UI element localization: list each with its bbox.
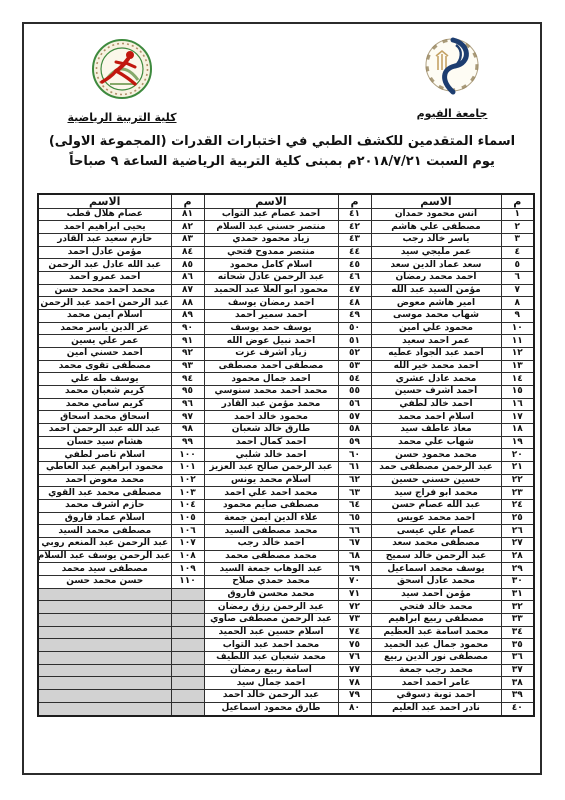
cell-number: ٨ (501, 297, 534, 310)
cell-number: ٥٦ (338, 398, 371, 411)
cell-number: ١٦ (501, 398, 534, 411)
cell-number: ٨٩ (171, 309, 204, 322)
cell-number: ١٠٣ (171, 487, 204, 500)
cell-number: ١٠٦ (171, 525, 204, 538)
cell-number: ٧٦ (338, 652, 371, 665)
cell-number: ٥ (501, 259, 534, 272)
cell-number-empty (171, 588, 204, 601)
cell-number: ٧٧ (338, 664, 371, 677)
cell-name: نادر احمد عبد العليم (371, 702, 501, 716)
cell-name: محمد مصطفى محمد (204, 550, 338, 563)
cell-number: ١٥ (501, 385, 534, 398)
cell-number: ١٤ (501, 373, 534, 386)
cell-number-empty (171, 614, 204, 627)
cell-name: احمد جمال سيد (204, 677, 338, 690)
cell-name: محمد محسن فاروق (204, 588, 338, 601)
cell-name: احمد عبد الجواد عطيه (371, 347, 501, 360)
cell-number: ١٠٩ (171, 563, 204, 576)
cell-number-empty (171, 702, 204, 716)
cell-name: عبد الرحمن رزق رمضان (204, 601, 338, 614)
cell-name: عبد الله عادل عبد الرحمن (38, 259, 171, 272)
cell-number: ٥٢ (338, 347, 371, 360)
cell-name: اسلام احمد محمد (371, 411, 501, 424)
cell-number: ٩٥ (171, 385, 204, 398)
cell-name: علاء الدين ايمن جمعة (204, 512, 338, 525)
cell-number: ٣ (501, 233, 534, 246)
cell-number: ١٠٠ (171, 449, 204, 462)
cell-number: ٧ (501, 284, 534, 297)
cell-name: طارق محمود اسماعيل (204, 702, 338, 716)
cell-number: ٢٨ (501, 550, 534, 563)
cell-number: ١٨ (501, 423, 534, 436)
cell-name: عبد الله عبد الرحمن احمد (38, 423, 171, 436)
cell-name-empty (38, 588, 171, 601)
cell-number: ٤٩ (338, 309, 371, 322)
cell-name: مؤمن عادل احمد (38, 246, 171, 259)
cell-name: يوسف طه علي (38, 373, 171, 386)
cell-number: ٤٥ (338, 259, 371, 272)
cell-number: ٢٧ (501, 537, 534, 550)
cell-name: اسلام ايمن محمد (38, 309, 171, 322)
cell-name: محمد شعبان عبد اللطيف (204, 652, 338, 665)
cell-number: ٥٩ (338, 436, 371, 449)
cell-name: كريم سامي محمد (38, 398, 171, 411)
cell-name: عبد الرحمن يوسف عبد السلام (38, 550, 171, 563)
cell-name: احمد محمد عويس (371, 512, 501, 525)
cell-name: احمد محمد رمضان (371, 271, 501, 284)
university-logo-caption: جامعة الفيوم (417, 107, 488, 120)
cell-name: محمد محمود حسن (371, 449, 501, 462)
cell-number: ٣٩ (501, 690, 534, 703)
cell-name: مصطفى سيد محمد (38, 563, 171, 576)
cell-name: عصام هلال قطب (38, 208, 171, 221)
document-title: اسماء المتقدمين للكشف الطبي في اختبارات … (34, 132, 530, 172)
cell-number: ٦٠ (338, 449, 371, 462)
cell-number: ٥٥ (338, 385, 371, 398)
cell-name-empty (38, 664, 171, 677)
cell-number: ١٠٢ (171, 474, 204, 487)
cell-number: ٨٥ (171, 259, 204, 272)
cell-name: مصطفى نور الدين ربيع (371, 652, 501, 665)
cell-name: محمد ابو فراج سيد (371, 487, 501, 500)
cell-name-empty (38, 614, 171, 627)
cell-name: طارق خالد شعبان (204, 423, 338, 436)
cell-number: ٣٨ (501, 677, 534, 690)
cell-number: ٥١ (338, 335, 371, 348)
cell-name: احمد جمال محمود (204, 373, 338, 386)
cell-number: ٦٥ (338, 512, 371, 525)
cell-name: اسحاق محمد اسحاق (38, 411, 171, 424)
cell-name: اسلام كامل محمود (204, 259, 338, 272)
cell-name: هشام سيد حسان (38, 436, 171, 449)
cell-number: ٧٨ (338, 677, 371, 690)
cell-name: كريم شعبان محمد (38, 385, 171, 398)
cell-number: ٧١ (338, 588, 371, 601)
cell-number: ٨٠ (338, 702, 371, 716)
cell-number: ٤٦ (338, 271, 371, 284)
cell-name: محمد احمد محمد سنوسي (204, 385, 338, 398)
cell-number: ٥٧ (338, 411, 371, 424)
cell-number: ٧٤ (338, 626, 371, 639)
cell-name: منتصر حسني عبد السلام (204, 221, 338, 234)
cell-number: ٣١ (501, 588, 534, 601)
cell-name: منتصر ممدوح فتحي (204, 246, 338, 259)
cell-number: ١٠٥ (171, 512, 204, 525)
cell-number: ٢١ (501, 461, 534, 474)
cell-name: محمد اسامة عبد العظيم (371, 626, 501, 639)
cell-name-empty (38, 626, 171, 639)
cell-name: يحيى ابراهيم احمد (38, 221, 171, 234)
cell-number: ٣٠ (501, 575, 534, 588)
cell-number-empty (171, 652, 204, 665)
cell-number: ٣٧ (501, 664, 534, 677)
cell-name: احمد عمرو احمد (38, 271, 171, 284)
col-header-name: الاسم (371, 194, 501, 208)
cell-number: ٢٤ (501, 499, 534, 512)
cell-name: عبد الله عصام حسن (371, 499, 501, 512)
faculty-logo-caption: كلية التربية الرياضية (67, 111, 176, 124)
cell-number-empty (171, 626, 204, 639)
cell-name: مصطفى محمد السيد (38, 525, 171, 538)
cell-name: اسلام عماد فاروق (38, 512, 171, 525)
cell-name: احمد نبيل عوض الله (204, 335, 338, 348)
cell-name: محمد حمدي صلاح (204, 575, 338, 588)
cell-name-empty (38, 690, 171, 703)
roster-table-head: مالاسممالاسممالاسم (38, 194, 534, 208)
cell-number: ٨٤ (171, 246, 204, 259)
cell-name: محمود خالد احمد (204, 411, 338, 424)
cell-name: عامر احمد احمد (371, 677, 501, 690)
cell-name: ياسر خالد رجب (371, 233, 501, 246)
col-header-name: الاسم (204, 194, 338, 208)
cell-name: معاذ عاطف سيد (371, 423, 501, 436)
cell-number: ١٢ (501, 347, 534, 360)
cell-name: عمر علي يسين (38, 335, 171, 348)
cell-number: ٧٠ (338, 575, 371, 588)
cell-name: مصطفى صايم محمود (204, 499, 338, 512)
cell-name: محمد احمد علي احمد (204, 487, 338, 500)
cell-number: ٨٨ (171, 297, 204, 310)
cell-number: ١٣ (501, 360, 534, 373)
cell-number: ٤٧ (338, 284, 371, 297)
cell-number: ٨٧ (171, 284, 204, 297)
col-header-name: الاسم (38, 194, 171, 208)
cell-number-empty (171, 664, 204, 677)
cell-number: ٩٤ (171, 373, 204, 386)
cell-number: ٩٢ (171, 347, 204, 360)
cell-name: اسلام محمد يونس (204, 474, 338, 487)
cell-name: مصطفى محمد سعد (371, 537, 501, 550)
cell-name-empty (38, 601, 171, 614)
cell-number: ٦ (501, 271, 534, 284)
cell-name: احمد عصام عبد التواب (204, 208, 338, 221)
cell-number: ٨٢ (171, 221, 204, 234)
cell-name: عبد الرحمن مصطفى حمد (371, 461, 501, 474)
cell-number: ٨٦ (171, 271, 204, 284)
cell-number: ٢٣ (501, 487, 534, 500)
cell-number: ٢٥ (501, 512, 534, 525)
cell-number: ٥٣ (338, 360, 371, 373)
cell-number: ٣٢ (501, 601, 534, 614)
cell-number: ٤٢ (338, 221, 371, 234)
cell-number: ٩٠ (171, 322, 204, 335)
cell-number: ٦٨ (338, 550, 371, 563)
cell-name: محمد احمد عبد التواب (204, 639, 338, 652)
col-header-num: م (171, 194, 204, 208)
cell-number: ٤ (501, 246, 534, 259)
cell-number: ١١٠ (171, 575, 204, 588)
cell-name: عبد الوهاب جمعة السيد (204, 563, 338, 576)
university-logo-block: جامعة الفيوم (407, 36, 497, 121)
cell-name: احمد اشرف حسين (371, 385, 501, 398)
cell-number: ٢٩ (501, 563, 534, 576)
cell-name: احمد كمال احمد (204, 436, 338, 449)
cell-name: عصام علي عيسى (371, 525, 501, 538)
cell-number: ١٠٧ (171, 537, 204, 550)
cell-number: ٩٩ (171, 436, 204, 449)
cell-name: احمد محمد خير الله (371, 360, 501, 373)
faculty-logo-block: كلية التربية الرياضية (62, 38, 182, 125)
cell-name: محمود جمال عبد الحميد (371, 639, 501, 652)
cell-name: مصطفى ربيع ابراهيم (371, 614, 501, 627)
cell-number-empty (171, 690, 204, 703)
cell-name: حسن محمد حسن (38, 575, 171, 588)
cell-number: ٩٣ (171, 360, 204, 373)
cell-name-empty (38, 639, 171, 652)
cell-name: شهاب علي محمد (371, 436, 501, 449)
cell-number: ٤٤ (338, 246, 371, 259)
cell-name: امير هاشم معوض (371, 297, 501, 310)
cell-name: مؤمن احمد سيد (371, 588, 501, 601)
cell-name: محمد معوض احمد (38, 474, 171, 487)
page-frame: كلية التربية الرياضية جامعة الفيوم اسماء… (22, 22, 542, 775)
cell-number: ٣٤ (501, 626, 534, 639)
cell-name: عمر احمد سعيد (371, 335, 501, 348)
university-waterwheel-icon (422, 36, 482, 98)
cell-name: احمد خالد شلبي (204, 449, 338, 462)
cell-name: مؤمن السيد عبد الله (371, 284, 501, 297)
cell-name: حازم اشرف محمد (38, 499, 171, 512)
cell-number: ٥٤ (338, 373, 371, 386)
cell-name: احمد سمير احمد (204, 309, 338, 322)
cell-name: محمود ابراهيم عبد العاطي (38, 461, 171, 474)
cell-name: عبد الرحمن عبد المنعم روبي (38, 537, 171, 550)
cell-number: ٩٧ (171, 411, 204, 424)
cell-name: عبد الرحمن خالد سميح (371, 550, 501, 563)
cell-number: ٩٦ (171, 398, 204, 411)
cell-name: زياد اشرف عزت (204, 347, 338, 360)
cell-name: اسلام ناصر لطفي (38, 449, 171, 462)
cell-number: ١٧ (501, 411, 534, 424)
cell-number: ٧٢ (338, 601, 371, 614)
cell-name: محمد رجب جمعة (371, 664, 501, 677)
cell-number: ٤٣ (338, 233, 371, 246)
cell-number: ١٠١ (171, 461, 204, 474)
cell-name: احمد خالد لطفي (371, 398, 501, 411)
cell-name: مصطفى علي هاشم (371, 221, 501, 234)
cell-number: ٤١ (338, 208, 371, 221)
cell-name: احمد حسني امين (38, 347, 171, 360)
title-line-2: يوم السبت ٢٠١٨/٧/٢١م بمبنى كلية التربية … (34, 152, 530, 172)
cell-name: حازم سعيد عبد القادر (38, 233, 171, 246)
cell-number: ٩٨ (171, 423, 204, 436)
cell-number: ٢٠ (501, 449, 534, 462)
cell-number: ٤٠ (501, 702, 534, 716)
roster-table: مالاسممالاسممالاسم ١انس محمود حمدان٤١احم… (37, 193, 535, 717)
cell-name: مصطفى تقوى محمد (38, 360, 171, 373)
cell-number: ٢٢ (501, 474, 534, 487)
cell-name: سعد عماد الدين سعد (371, 259, 501, 272)
cell-number: ١٠٤ (171, 499, 204, 512)
cell-number: ٨١ (171, 208, 204, 221)
cell-number: ٩١ (171, 335, 204, 348)
cell-number: ٨٣ (171, 233, 204, 246)
cell-name: انس محمود حمدان (371, 208, 501, 221)
cell-number: ٦٦ (338, 525, 371, 538)
cell-number: ١٩ (501, 436, 534, 449)
cell-number: ٦٢ (338, 474, 371, 487)
cell-name: زياد محمود حمدي (204, 233, 338, 246)
cell-name-empty (38, 677, 171, 690)
cell-name: محمد مؤمن عبد القادر (204, 398, 338, 411)
cell-number: ١١ (501, 335, 534, 348)
cell-name: حسين حسني حسين (371, 474, 501, 487)
cell-number-empty (171, 601, 204, 614)
cell-name: عبد الرحمن احمد عبد الرحمن (38, 297, 171, 310)
cell-number: ٥٨ (338, 423, 371, 436)
cell-name: محمد عادل اسحق (371, 575, 501, 588)
cell-name: محمد احمد محمد حسن (38, 284, 171, 297)
cell-number: ٦١ (338, 461, 371, 474)
cell-number: ٥٠ (338, 322, 371, 335)
cell-number: ٦٣ (338, 487, 371, 500)
cell-name: احمد توبة دسوقي (371, 690, 501, 703)
cell-number: ٧٣ (338, 614, 371, 627)
cell-name: عبد الرحمن خالد احمد (204, 690, 338, 703)
cell-number: ٤٨ (338, 297, 371, 310)
cell-number: ٦٩ (338, 563, 371, 576)
cell-number: ٣٣ (501, 614, 534, 627)
cell-number: ٦٧ (338, 537, 371, 550)
cell-name: محمود ابو العلا عبد الحميد (204, 284, 338, 297)
cell-number: ٦٤ (338, 499, 371, 512)
title-line-1: اسماء المتقدمين للكشف الطبي في اختبارات … (34, 132, 530, 152)
cell-name: عبد الرحمن عادل شحاته (204, 271, 338, 284)
cell-name: احمد رمضان يوسف (204, 297, 338, 310)
cell-name: اسامة ربيع رمضان (204, 664, 338, 677)
cell-name: اسلام حسين عبد الحميد (204, 626, 338, 639)
cell-name-empty (38, 702, 171, 716)
cell-name: مصطفى احمد مصطفى (204, 360, 338, 373)
cell-number: ٢ (501, 221, 534, 234)
cell-number: ٩ (501, 309, 534, 322)
cell-name: محمد مصطفى السيد (204, 525, 338, 538)
cell-number: ٣٦ (501, 652, 534, 665)
cell-name: محمود علي امين (371, 322, 501, 335)
cell-name: احمد خالد رجب (204, 537, 338, 550)
cell-name: عمر مليجي سيد (371, 246, 501, 259)
roster-table-body: ١انس محمود حمدان٤١احمد عصام عبد التواب٨١… (38, 208, 534, 716)
cell-number: ١٠ (501, 322, 534, 335)
cell-name: محمد خالد فتحي (371, 601, 501, 614)
cell-number: ٧٩ (338, 690, 371, 703)
cell-name: شهاب محمد موسى (371, 309, 501, 322)
cell-number: ٧٥ (338, 639, 371, 652)
cell-name: يوسف حمد يوسف (204, 322, 338, 335)
cell-name: محمد عادل عشري (371, 373, 501, 386)
cell-name: عز الدين ياسر محمد (38, 322, 171, 335)
cell-number: ٢٦ (501, 525, 534, 538)
col-header-num: م (501, 194, 534, 208)
cell-name: يوسف محمد اسماعيل (371, 563, 501, 576)
cell-name: عبد الرحمن صالح عبد العزيز (204, 461, 338, 474)
faculty-seal-runner-icon (90, 38, 154, 102)
cell-number: ٣٥ (501, 639, 534, 652)
cell-number-empty (171, 639, 204, 652)
cell-number: ١٠٨ (171, 550, 204, 563)
cell-name-empty (38, 652, 171, 665)
cell-name: مصطفى محمد عبد القوي (38, 487, 171, 500)
cell-number-empty (171, 677, 204, 690)
col-header-num: م (338, 194, 371, 208)
cell-number: ١ (501, 208, 534, 221)
cell-name: عبد الرحمن مصطفى صاوي (204, 614, 338, 627)
document-page: كلية التربية الرياضية جامعة الفيوم اسماء… (0, 0, 565, 800)
